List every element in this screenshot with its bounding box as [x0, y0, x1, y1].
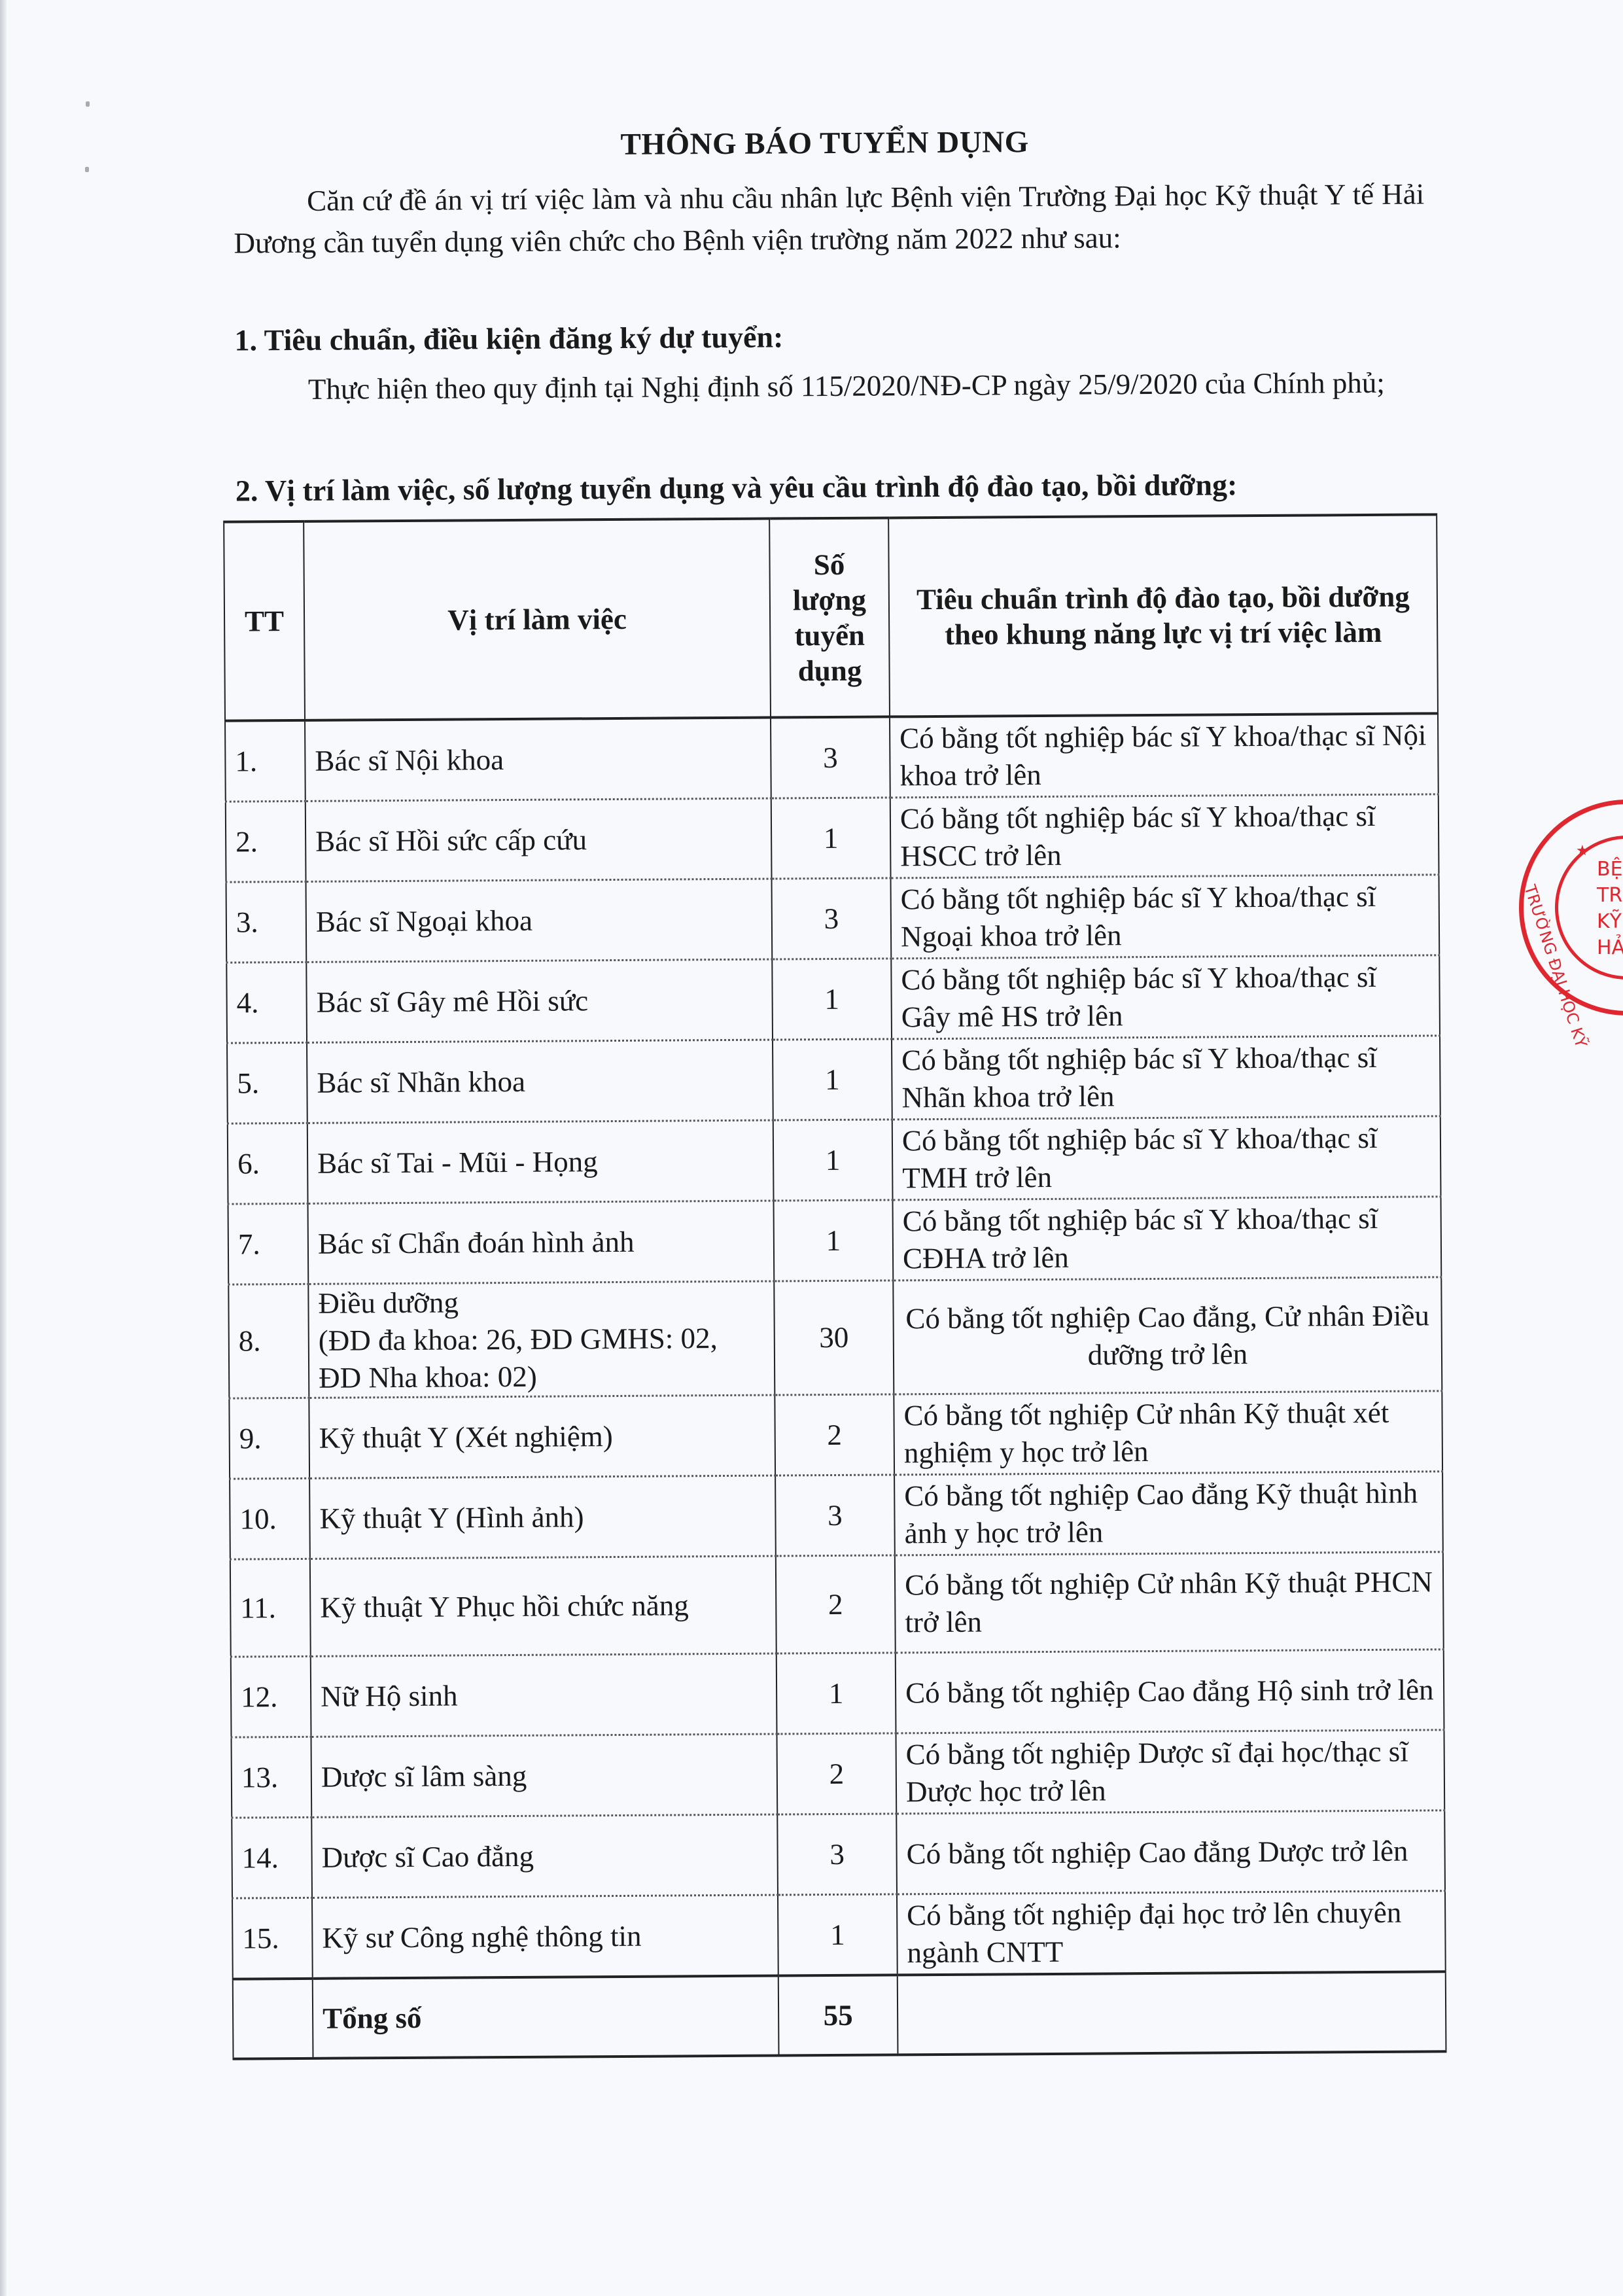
row-position-title: Điều dưỡng — [318, 1282, 764, 1322]
row-tt: 12. — [231, 1656, 311, 1737]
row-tt: 2. — [226, 801, 306, 882]
row-position: Kỹ thuật Y (Hình ảnh) — [309, 1475, 776, 1559]
table-row: 6.Bác sĩ Tai - Mũi - Họng1Có bằng tốt ng… — [228, 1116, 1441, 1204]
total-tt — [233, 1979, 313, 2059]
table-row: 11.Kỹ thuật Y Phục hồi chức năng2Có bằng… — [230, 1552, 1444, 1657]
header-requirement: Tiêu chuẩn trình độ đào tạo, bồi dưỡng t… — [888, 514, 1438, 716]
row-position: Dược sĩ lâm sàng — [311, 1734, 778, 1817]
row-quantity: 2 — [777, 1733, 896, 1814]
row-position: Điều dưỡng(ĐD đa khoa: 26, ĐD GMHS: 02, … — [308, 1281, 775, 1398]
table-row: 3.Bác sĩ Ngoại khoa3Có bằng tốt nghiệp b… — [226, 875, 1440, 963]
row-quantity: 3 — [775, 1475, 895, 1556]
row-tt: 11. — [230, 1559, 311, 1657]
row-position: Kỹ thuật Y Phục hồi chức năng — [310, 1556, 777, 1656]
row-position: Kỹ sư Công nghệ thông tin — [312, 1895, 778, 1979]
row-position: Bác sĩ Ngoại khoa — [306, 879, 773, 962]
row-requirement: Có bằng tốt nghiệp Cử nhân Kỹ thuật PHCN… — [895, 1552, 1444, 1653]
table-row: 12.Nữ Hộ sinh1Có bằng tốt nghiệp Cao đẳn… — [231, 1650, 1444, 1737]
row-quantity: 1 — [773, 1039, 892, 1120]
recruitment-table: TT Vị trí làm việc Số lượng tuyển dụng T… — [223, 513, 1446, 2060]
section-1-heading: 1. Tiêu chuẩn, điều kiện đăng ký dự tuyể… — [234, 319, 783, 357]
row-requirement: Có bằng tốt nghiệp bác sĩ Y khoa/thạc sĩ… — [891, 955, 1440, 1039]
table-row: 10.Kỹ thuật Y (Hình ảnh)3Có bằng tốt ngh… — [230, 1472, 1443, 1559]
table-row: 14.Dược sĩ Cao đẳng3Có bằng tốt nghiệp C… — [232, 1810, 1445, 1898]
row-quantity: 1 — [774, 1200, 894, 1281]
row-requirement: Có bằng tốt nghiệp bác sĩ Y khoa/thạc sĩ… — [893, 1197, 1442, 1280]
row-quantity: 1 — [778, 1894, 898, 1976]
row-tt: 7. — [228, 1203, 309, 1284]
row-requirement: Có bằng tốt nghiệp bác sĩ Y khoa/thạc sĩ… — [891, 875, 1440, 959]
row-position: Kỹ thuật Y (Xét nghiệm) — [309, 1395, 775, 1478]
row-tt: 1. — [225, 720, 305, 802]
row-requirement: Có bằng tốt nghiệp Cao đẳng Hộ sinh trở … — [896, 1650, 1444, 1733]
row-position: Bác sĩ Gây mê Hồi sức — [306, 959, 773, 1042]
section-2-heading: 2. Vị trí làm việc, số lượng tuyển dụng … — [236, 467, 1238, 508]
table-row: 7.Bác sĩ Chẩn đoán hình ảnh1Có bằng tốt … — [228, 1197, 1442, 1284]
row-position: Bác sĩ Nhãn khoa — [307, 1040, 773, 1123]
row-requirement: Có bằng tốt nghiệp bác sĩ Y khoa/thạc sĩ… — [892, 1036, 1440, 1120]
row-tt: 13. — [232, 1737, 312, 1818]
row-requirement: Có bằng tốt nghiệp Cao đẳng Dược trở lên — [896, 1810, 1445, 1894]
table-body: 1.Bác sĩ Nội khoa3Có bằng tốt nghiệp bác… — [225, 713, 1446, 2058]
row-quantity: 2 — [776, 1555, 896, 1653]
table-row: 15.Kỹ sư Công nghệ thông tin1Có bằng tốt… — [232, 1891, 1446, 1979]
total-quantity: 55 — [778, 1975, 898, 2055]
table-row: 1.Bác sĩ Nội khoa3Có bằng tốt nghiệp bác… — [225, 713, 1439, 802]
star-icon: ★ — [1576, 842, 1589, 859]
row-position: Bác sĩ Chẩn đoán hình ảnh — [308, 1201, 775, 1284]
row-requirement: Có bằng tốt nghiệp Cao đẳng Kỹ thuật hìn… — [894, 1472, 1443, 1555]
row-tt: 3. — [226, 881, 307, 963]
row-requirement: Có bằng tốt nghiệp đại học trở lên chuyê… — [897, 1891, 1446, 1975]
header-quantity: Số lượng tuyển dụng — [769, 518, 890, 717]
table-row: 8.Điều dưỡng(ĐD đa khoa: 26, ĐD GMHS: 02… — [228, 1277, 1442, 1398]
table-row: 2.Bác sĩ Hồi sức cấp cứu1Có bằng tốt ngh… — [226, 794, 1439, 882]
row-tt: 10. — [230, 1478, 310, 1559]
section-1-body: Thực hiện theo quy định tại Nghị định số… — [235, 361, 1425, 410]
total-label: Tổng số — [313, 1976, 779, 2058]
stamp-center-text: BỆNH TRƯỜNG KỸ TH HẢI — [1597, 857, 1623, 961]
row-position: Bác sĩ Nội khoa — [305, 718, 771, 802]
table-row: 5.Bác sĩ Nhãn khoa1Có bằng tốt nghiệp bá… — [227, 1036, 1440, 1123]
row-quantity: 1 — [772, 959, 892, 1040]
row-quantity: 1 — [773, 1120, 893, 1201]
header-position: Vị trí làm việc — [304, 519, 771, 720]
row-tt: 8. — [228, 1284, 309, 1398]
row-quantity: 3 — [772, 878, 892, 959]
row-tt: 5. — [227, 1042, 307, 1123]
row-position: Bác sĩ Hồi sức cấp cứu — [305, 798, 772, 881]
row-position: Bác sĩ Tai - Mũi - Họng — [307, 1120, 774, 1203]
row-requirement: Có bằng tốt nghiệp bác sĩ Y khoa/thạc sĩ… — [892, 1116, 1441, 1200]
table-header-row: TT Vị trí làm việc Số lượng tuyển dụng T… — [224, 514, 1438, 720]
document-title: THÔNG BÁO TUYỂN DỤNG — [0, 120, 1623, 166]
row-position: Dược sĩ Cao đẳng — [311, 1814, 778, 1898]
table-total-row: Tổng số 55 — [233, 1971, 1446, 2058]
row-quantity: 1 — [777, 1653, 896, 1734]
table-row: 9.Kỹ thuật Y (Xét nghiệm)2Có bằng tốt ng… — [229, 1391, 1442, 1479]
row-tt: 15. — [232, 1898, 313, 1979]
row-tt: 14. — [232, 1817, 312, 1898]
row-quantity: 3 — [771, 716, 890, 798]
row-tt: 6. — [228, 1123, 308, 1204]
intro-paragraph: Căn cứ đề án vị trí việc làm và nhu cầu … — [234, 173, 1425, 264]
table-row: 4.Bác sĩ Gây mê Hồi sức1Có bằng tốt nghi… — [226, 955, 1440, 1043]
row-requirement: Có bằng tốt nghiệp Dược sĩ đại học/thạc … — [896, 1730, 1444, 1814]
row-quantity: 2 — [775, 1394, 894, 1475]
header-tt: TT — [224, 521, 305, 721]
document-page: THÔNG BÁO TUYỂN DỤNG Căn cứ đề án vị trí… — [0, 0, 1623, 2296]
row-tt: 4. — [226, 962, 307, 1043]
table-row: 13.Dược sĩ lâm sàng2Có bằng tốt nghiệp D… — [232, 1730, 1445, 1818]
row-requirement: Có bằng tốt nghiệp Cử nhân Kỹ thuật xét … — [894, 1391, 1442, 1475]
row-position-detail: (ĐD đa khoa: 26, ĐD GMHS: 02, ĐD Nha kho… — [319, 1320, 765, 1397]
row-quantity: 1 — [771, 798, 891, 879]
row-position: Nữ Hộ sinh — [311, 1653, 777, 1737]
total-requirement — [898, 1971, 1446, 2055]
row-requirement: Có bằng tốt nghiệp bác sĩ Y khoa/thạc sĩ… — [890, 713, 1439, 798]
row-quantity: 3 — [777, 1814, 897, 1895]
row-quantity: 30 — [774, 1280, 894, 1395]
row-requirement: Có bằng tốt nghiệp Cao đẳng, Cử nhân Điề… — [893, 1277, 1442, 1394]
row-tt: 9. — [229, 1398, 309, 1479]
row-requirement: Có bằng tốt nghiệp bác sĩ Y khoa/thạc sĩ… — [890, 794, 1439, 878]
